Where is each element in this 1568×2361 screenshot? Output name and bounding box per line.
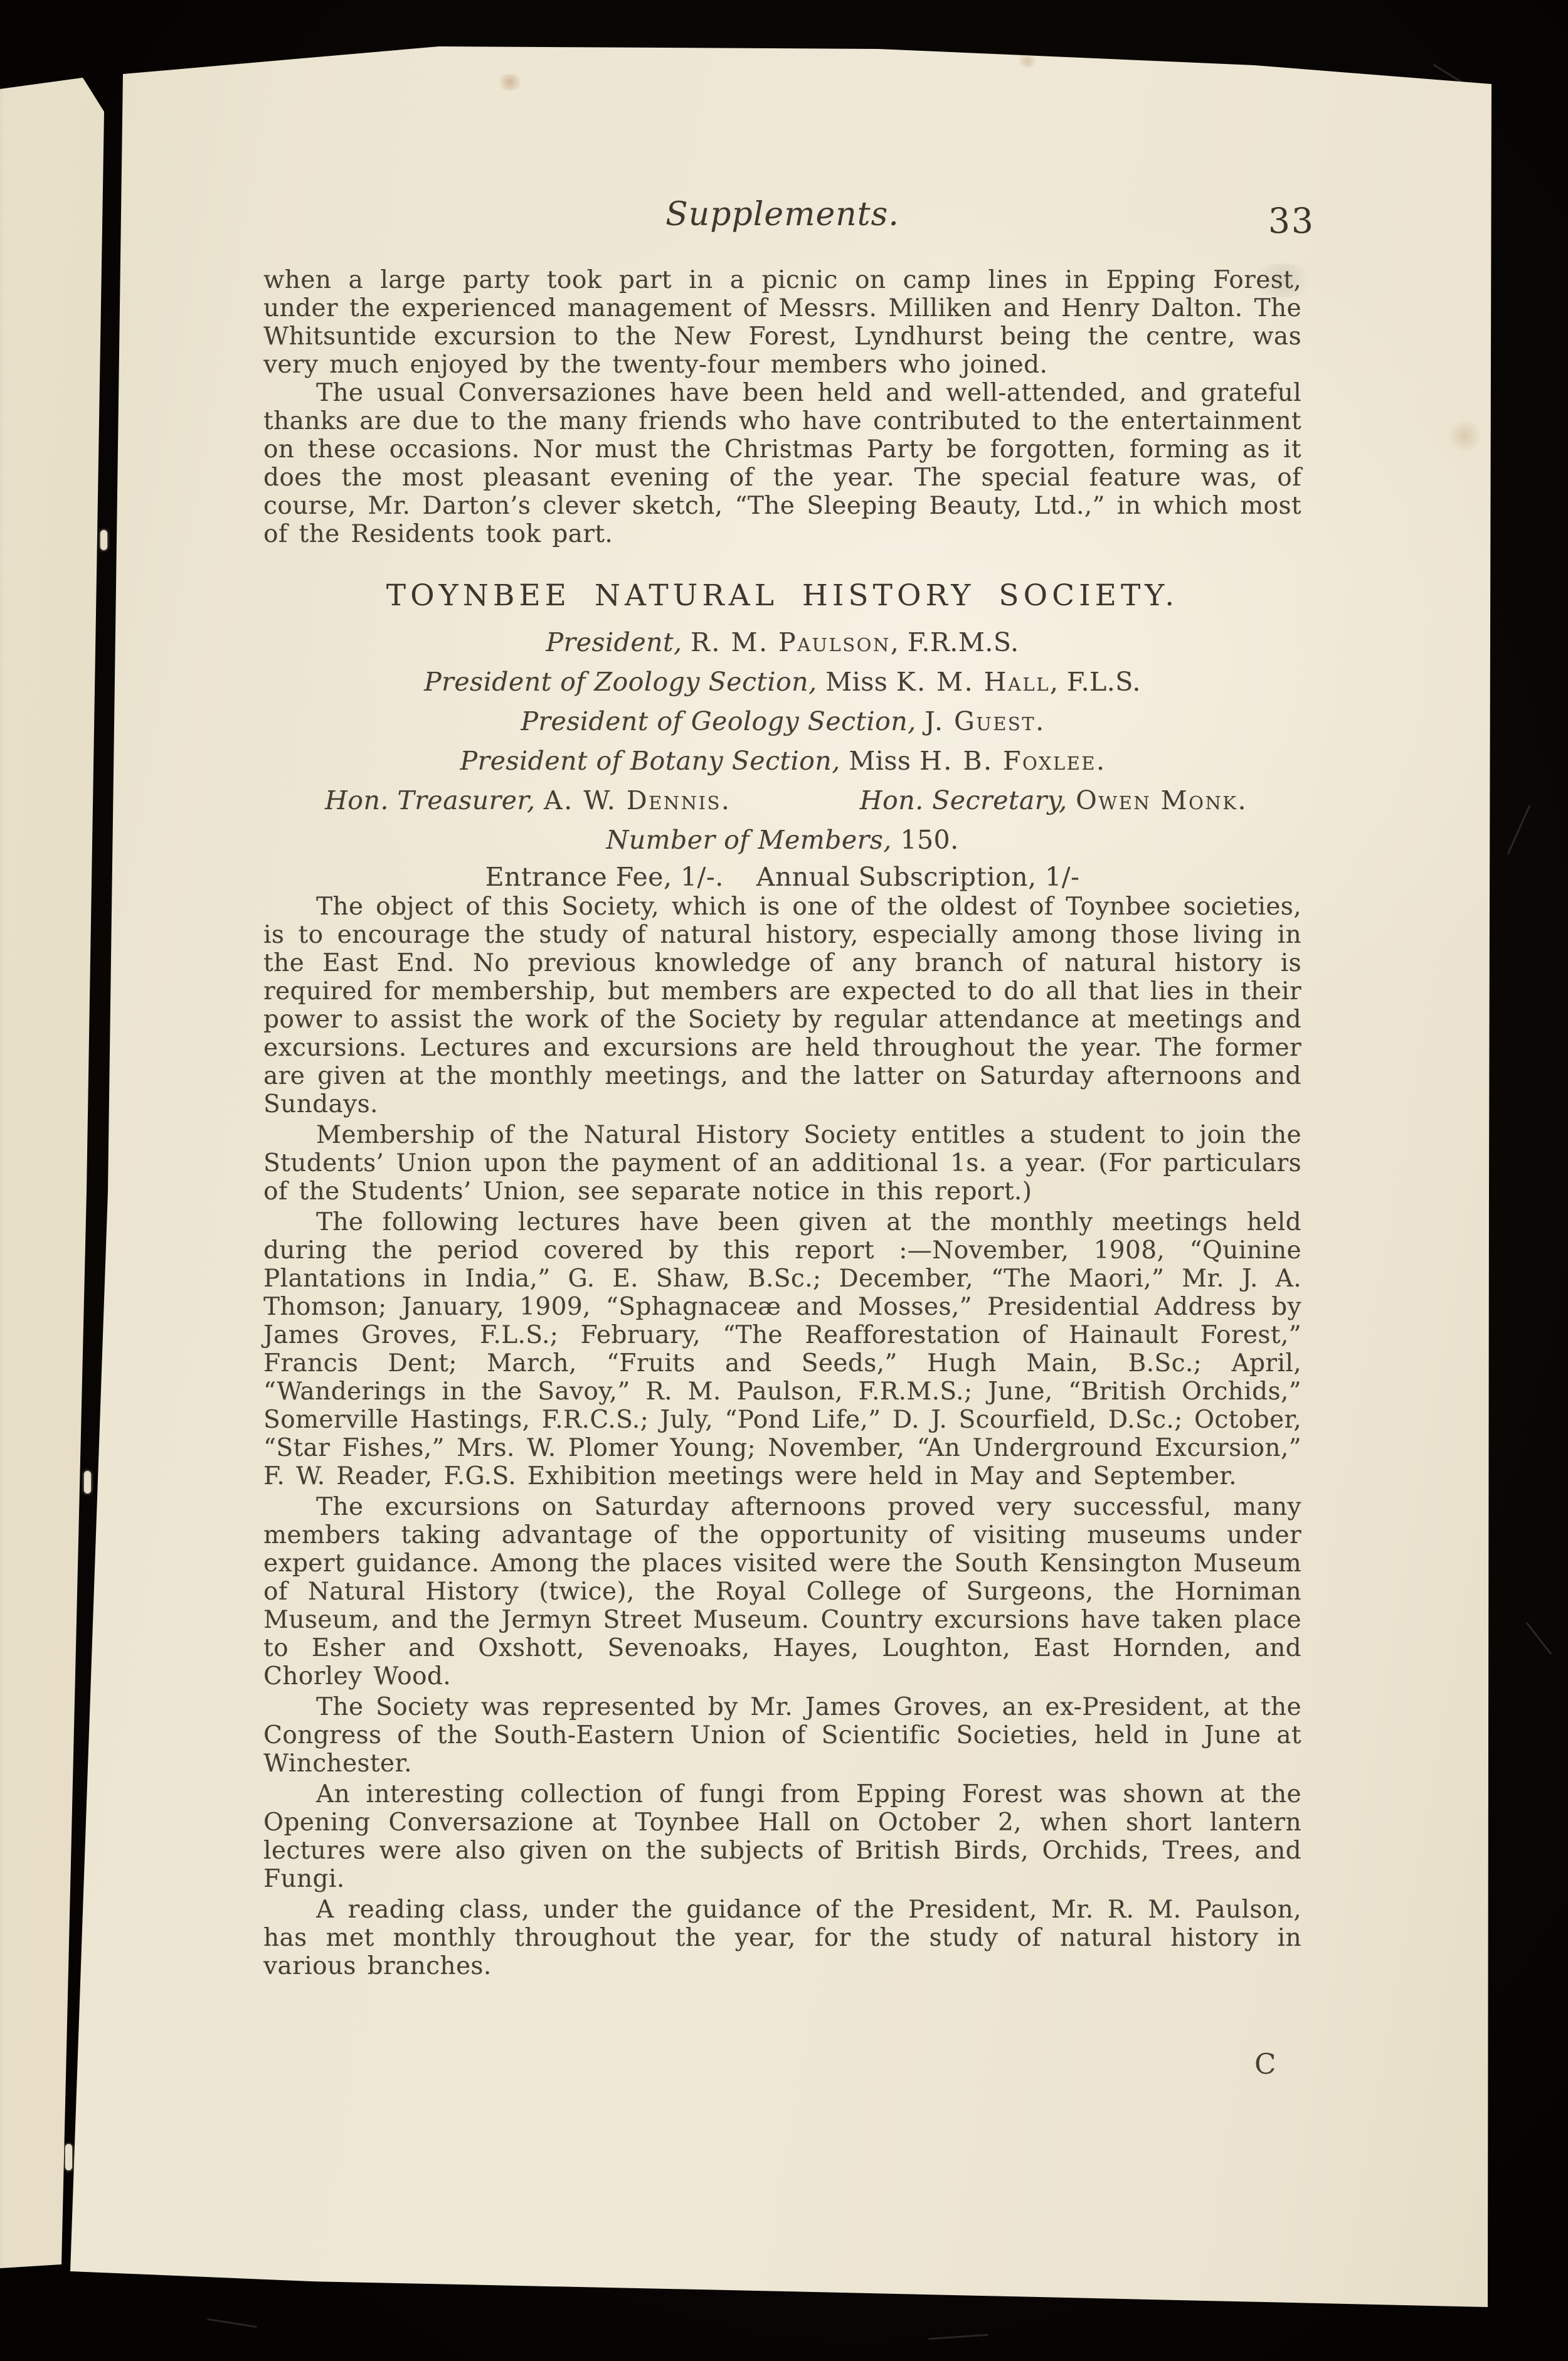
officer-post-nominals: . [1036, 706, 1044, 736]
officer-title: President of Botany Section, [460, 746, 849, 776]
membership-value: 150. [900, 825, 958, 855]
officer-line-botany: President of Botany Section, Miss H. B. … [263, 746, 1301, 776]
fiber-speck [207, 2318, 257, 2328]
officer-name: J. Guest [924, 706, 1036, 736]
fiber-speck [1507, 805, 1531, 855]
treasurer-name: A. W. Dennis [544, 785, 721, 815]
officer-title: President of Geology Section, [521, 706, 924, 736]
treasurer-title: Hon. Treasurer, [325, 785, 544, 815]
treasurer-secretary-line: Hon. Treasurer, A. W. Dennis. Hon. Secre… [263, 785, 1301, 815]
secretary-period: . [1237, 785, 1246, 815]
entrance-fee: Entrance Fee, 1/-. [485, 862, 724, 892]
signature-mark: C [1254, 2047, 1276, 2081]
fiber-speck [1526, 1622, 1552, 1655]
paragraph: An interesting collection of fungi from … [263, 1780, 1301, 1893]
membership-count-line: Number of Members, 150. [263, 825, 1301, 855]
report-body: The object of this Society, which is one… [263, 893, 1301, 1983]
officer-name: R. M. Paulson [691, 627, 891, 657]
paragraph: Membership of the Natural History Societ… [263, 1121, 1301, 1206]
officer-name: H. B. Foxlee [919, 746, 1096, 776]
membership-label: Number of Members, [606, 825, 900, 855]
stitch-mark [100, 530, 107, 550]
secretary-title: Hon. Secretary, [860, 785, 1076, 815]
stitch-mark [65, 2144, 72, 2170]
officer-line-geology: President of Geology Section, J. Guest. [263, 706, 1301, 736]
paragraph: The object of this Society, which is one… [263, 893, 1301, 1118]
treasurer-entry: Hon. Treasurer, A. W. Dennis. [325, 785, 729, 815]
fees-line: Entrance Fee, 1/-. Annual Subscription, … [263, 862, 1301, 892]
paragraph: The excursions on Saturday afternoons pr… [263, 1493, 1301, 1690]
fiber-speck [928, 2334, 988, 2340]
secretary-name: Owen Monk [1076, 785, 1237, 815]
officer-line-president: President, R. M. Paulson, F.R.M.S. [263, 627, 1301, 657]
folio-page-number: 33 [1268, 201, 1315, 241]
paragraph: The Society was represented by Mr. James… [263, 1693, 1301, 1778]
officer-title: President of Zoology Section, [424, 667, 825, 697]
treasurer-period: . [721, 785, 730, 815]
secretary-entry: Hon. Secretary, Owen Monk. [860, 785, 1246, 815]
annual-subscription: Annual Subscription, 1/- [756, 862, 1080, 892]
paragraph: The following lectures have been given a… [263, 1208, 1301, 1490]
officer-title: President, [546, 627, 691, 657]
stitch-mark [84, 1471, 91, 1494]
paragraph: A reading class, under the guidance of t… [263, 1896, 1301, 1980]
photo-stage: Supplements. 33 when a large party took … [0, 0, 1568, 2361]
officer-post-nominals: , F.R.M.S. [891, 627, 1019, 657]
page-title: Supplements. [665, 196, 899, 233]
running-head: Supplements. [263, 196, 1301, 233]
officer-post-nominals: , F.L.S. [1050, 667, 1141, 697]
officer-line-zoology: President of Zoology Section, Miss K. M.… [263, 667, 1301, 697]
society-heading: TOYNBEE NATURAL HISTORY SOCIETY. [263, 578, 1301, 613]
officer-name: K. M. Hall [896, 667, 1050, 697]
officer-name-prefix: Miss [849, 746, 919, 776]
paragraph-intro-1: when a large party took part in a picnic… [263, 266, 1301, 379]
paragraph-intro-2: The usual Conversaziones have been held … [263, 379, 1301, 548]
officer-post-nominals: . [1096, 746, 1105, 776]
officer-name-prefix: Miss [825, 667, 896, 697]
